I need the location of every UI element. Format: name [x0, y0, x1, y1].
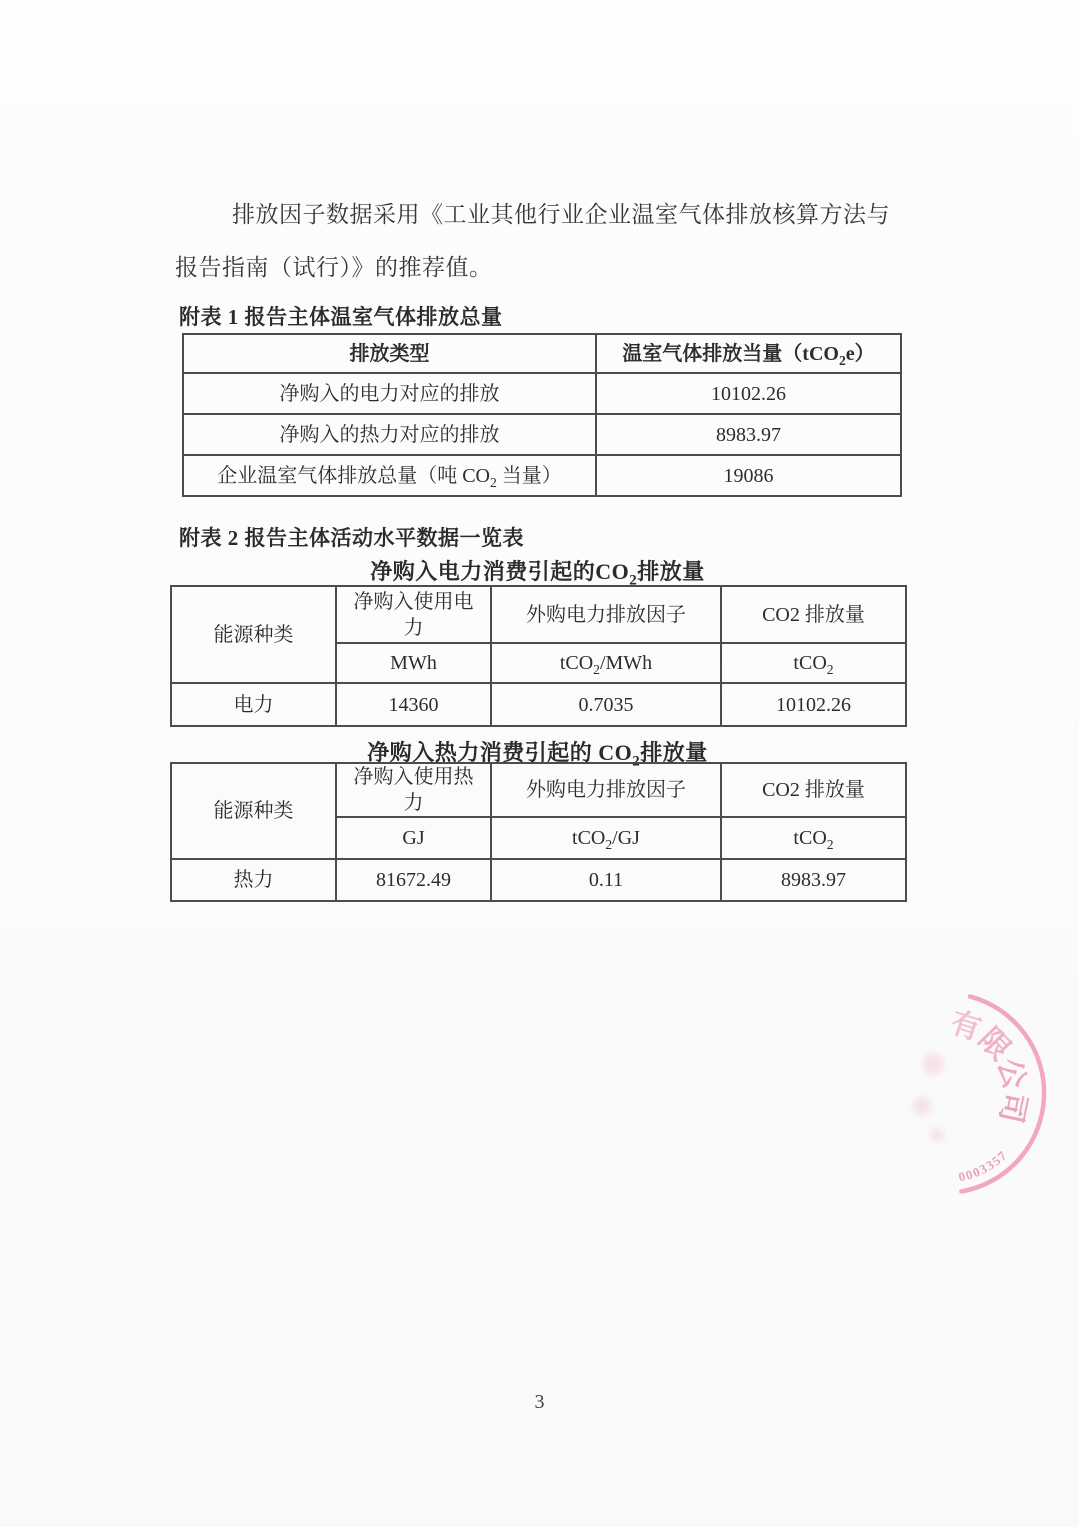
table-electricity-activity-data: 能源种类 净购入使用电力 外购电力排放因子 CO2 排放量 MWh tCO2/M… — [170, 585, 907, 727]
subscript: 2 — [839, 353, 846, 368]
header-co2-emission: CO2 排放量 — [721, 586, 906, 643]
header-text: e） — [846, 343, 875, 365]
table-header-row: 排放类型 温室气体排放当量（tCO2e） — [183, 334, 901, 373]
cell-total-label: 企业温室气体排放总量（吨 CO2 当量） — [183, 455, 596, 496]
scanned-report-page: 排放因子数据采用《工业其他行业企业温室气体排放核算方法与 报告指南（试行）》的推… — [0, 0, 1079, 1527]
seal-faded-ink — [913, 1053, 944, 1142]
cell-factor: 0.11 — [491, 859, 721, 901]
subtitle-text: 排放量 — [637, 559, 705, 584]
table-data-row: 电力 14360 0.7035 10102.26 — [171, 683, 906, 726]
cell-total-value: 19086 — [596, 455, 901, 496]
electricity-table-subtitle: 净购入电力消费引起的CO2排放量 — [170, 555, 905, 586]
table-header-row: 能源种类 净购入使用热力 外购电力排放因子 CO2 排放量 — [171, 763, 906, 817]
unit-text: tCO — [793, 827, 826, 849]
header-text: 温室气体排放当量（tCO — [622, 343, 839, 365]
unit-text: tCO — [560, 652, 593, 674]
cell-emission-type: 净购入的热力对应的排放 — [183, 414, 596, 455]
cell-purchased: 81672.49 — [336, 859, 491, 901]
cell-emission-value: 8983.97 — [596, 414, 901, 455]
unit-text: tCO — [572, 827, 605, 849]
cell-energy: 热力 — [171, 859, 336, 901]
cell-factor: 0.7035 — [491, 683, 721, 726]
unit-text: tCO — [793, 652, 826, 674]
table2-title: 附表 2 报告主体活动水平数据一览表 — [179, 522, 524, 552]
unit-emission: tCO2 — [721, 817, 906, 859]
intro-paragraph-line-1: 排放因子数据采用《工业其他行业企业温室气体排放核算方法与 — [232, 196, 890, 229]
unit-text: /MWh — [600, 652, 652, 674]
subtitle-text: 净购入电力消费引起的CO — [370, 559, 629, 584]
cell-emission: 10102.26 — [721, 683, 906, 726]
header-emission-type: 排放类型 — [183, 334, 596, 373]
cell-purchased: 14360 — [336, 683, 491, 726]
header-energy-type: 能源种类 — [171, 586, 336, 683]
header-emission-factor: 外购电力排放因子 — [491, 586, 721, 643]
unit-emission: tCO2 — [721, 643, 906, 683]
page-number: 3 — [0, 1391, 1079, 1414]
company-seal-stamp: 有 限 公 司 0003357 — [795, 964, 1079, 1230]
label-text: 当量） — [497, 465, 562, 487]
table-row: 净购入的电力对应的排放 10102.26 — [183, 373, 901, 414]
subscript: 2 — [593, 662, 600, 677]
table1-title: 附表 1 报告主体温室气体排放总量 — [179, 301, 503, 331]
cell-energy: 电力 — [171, 683, 336, 726]
header-ghg-equivalent: 温室气体排放当量（tCO2e） — [596, 334, 901, 373]
unit-factor: tCO2/GJ — [491, 817, 721, 859]
unit-factor: tCO2/MWh — [491, 643, 721, 683]
subscript: 2 — [827, 662, 834, 677]
cell-emission: 8983.97 — [721, 859, 906, 901]
subscript: 2 — [827, 837, 834, 852]
unit-text: /GJ — [612, 827, 640, 849]
table-data-row: 热力 81672.49 0.11 8983.97 — [171, 859, 906, 901]
cell-emission-type: 净购入的电力对应的排放 — [183, 373, 596, 414]
unit-purchased: GJ — [336, 817, 491, 859]
seal-number-text: 0003357 — [957, 1147, 1011, 1185]
label-text: 企业温室气体排放总量（吨 CO — [217, 465, 490, 487]
header-emission-factor: 外购电力排放因子 — [491, 763, 721, 817]
table-header-row: 能源种类 净购入使用电力 外购电力排放因子 CO2 排放量 — [171, 586, 906, 643]
intro-paragraph-line-2: 报告指南（试行）》的推荐值。 — [175, 249, 493, 282]
header-purchased-heat: 净购入使用热力 — [336, 763, 491, 817]
header-co2-emission: CO2 排放量 — [721, 763, 906, 817]
table-heat-activity-data: 能源种类 净购入使用热力 外购电力排放因子 CO2 排放量 GJ tCO2/GJ… — [170, 762, 907, 902]
table-ghg-emission-totals: 排放类型 温室气体排放当量（tCO2e） 净购入的电力对应的排放 10102.2… — [182, 333, 902, 497]
subscript: 2 — [490, 475, 497, 490]
seal-number: 0003357 — [957, 1147, 1011, 1185]
table-row-total: 企业温室气体排放总量（吨 CO2 当量） 19086 — [183, 455, 901, 496]
unit-purchased: MWh — [336, 643, 491, 683]
header-purchased-electricity: 净购入使用电力 — [336, 586, 491, 643]
cell-emission-value: 10102.26 — [596, 373, 901, 414]
header-energy-type: 能源种类 — [171, 763, 336, 859]
seal-char-icon: 司 — [993, 1089, 1032, 1125]
table-row: 净购入的热力对应的排放 8983.97 — [183, 414, 901, 455]
